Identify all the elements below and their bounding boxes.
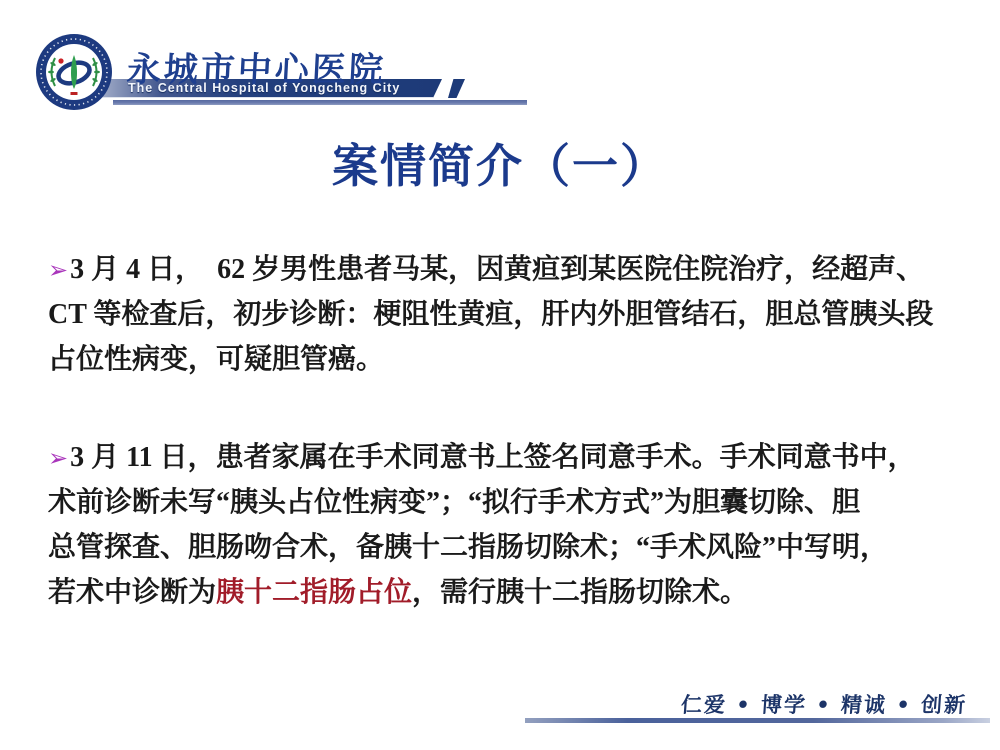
arrow-bullet-icon: ➢: [48, 256, 68, 284]
banner-tail-accent: [448, 79, 465, 98]
paragraph-line: 若术中诊断为胰十二指肠占位，需行胰十二指肠切除术。: [48, 570, 964, 615]
slide: The Central Hospital of Yongcheng City 永…: [0, 0, 1000, 750]
hospital-motto: 仁爱 • 博学 • 精诚 • 创新: [680, 689, 968, 719]
paragraph-line: CT 等检查后，初步诊断：梗阻性黄疸，肝内外胆管结石，胆总管胰头段: [48, 292, 964, 337]
header-divider-line: [113, 100, 527, 105]
paragraph-text: 3 月 11 日，患者家属在手术同意书上签名同意手术。手术同意书中，: [70, 442, 915, 473]
slide-title: 案情简介（一）: [0, 130, 1000, 196]
footer-divider-line: [525, 718, 990, 723]
case-paragraph-2: ➢3 月 11 日，患者家属在手术同意书上签名同意手术。手术同意书中， 术前诊断…: [48, 435, 964, 615]
paragraph-line: 占位性病变，可疑胆管癌。: [48, 337, 964, 382]
hospital-logo-icon: [34, 32, 114, 112]
paragraph-text: 若术中诊断为: [48, 577, 216, 608]
paragraph-line: 术前诊断未写“胰头占位性病变”；“拟行手术方式”为胆囊切除、胆: [48, 480, 964, 525]
paragraph-line: 总管探查、胆肠吻合术，备胰十二指肠切除术；“手术风险”中写明，: [48, 525, 964, 570]
paragraph-line: ➢3 月 4 日， 62 岁男性患者马某，因黄疸到某医院住院治疗，经超声、: [48, 247, 964, 292]
highlighted-diagnosis-text: 胰十二指肠占位: [216, 577, 412, 608]
case-paragraph-1: ➢3 月 4 日， 62 岁男性患者马某，因黄疸到某医院住院治疗，经超声、 CT…: [48, 247, 964, 382]
paragraph-line: ➢3 月 11 日，患者家属在手术同意书上签名同意手术。手术同意书中，: [48, 435, 964, 480]
hospital-name-chinese: 永城市中心医院: [126, 42, 388, 91]
arrow-bullet-icon: ➢: [48, 444, 68, 472]
paragraph-text: 3 月 4 日， 62 岁男性患者马某，因黄疸到某医院住院治疗，经超声、: [70, 254, 924, 285]
paragraph-text: ，需行胰十二指肠切除术。: [412, 577, 748, 608]
